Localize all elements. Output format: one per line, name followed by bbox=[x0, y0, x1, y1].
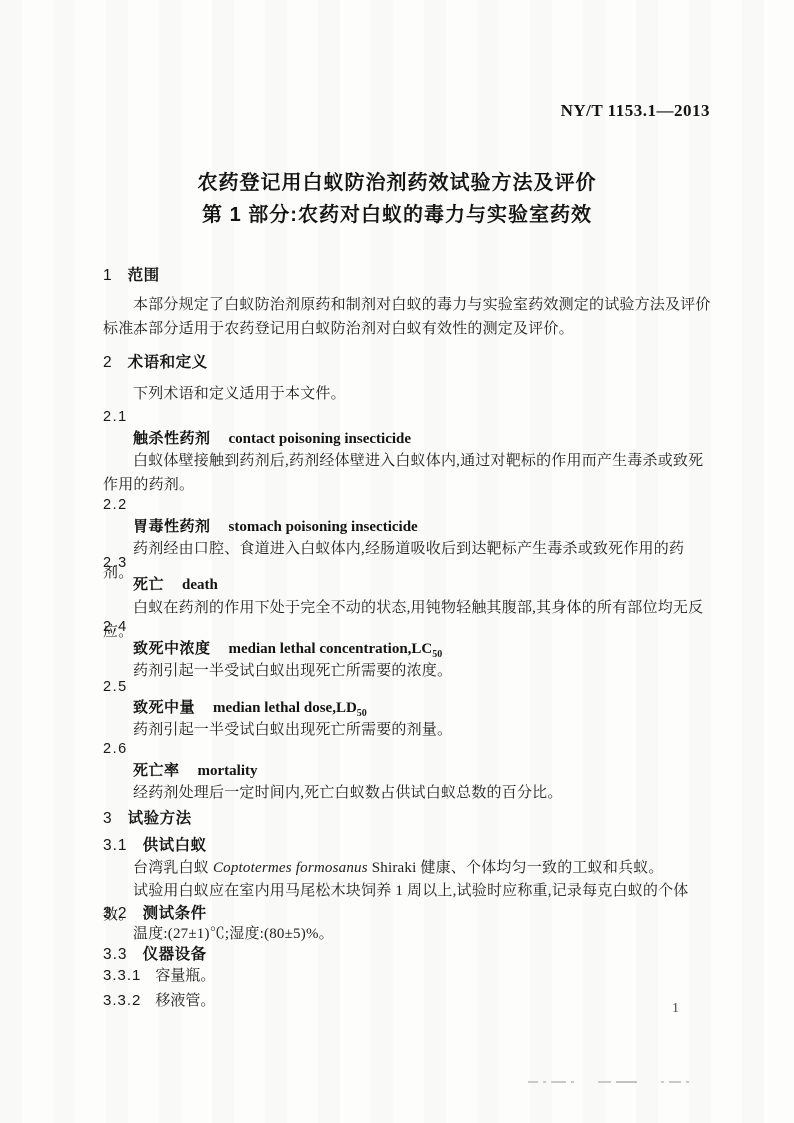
term-cn: 死亡 bbox=[133, 576, 164, 593]
paragraph: 下列术语和定义适用于本文件。 bbox=[103, 383, 712, 407]
clause-3-heading: 3试验方法 bbox=[103, 809, 712, 828]
term-cn: 致死中浓度 bbox=[133, 640, 211, 657]
clause-title: 试验方法 bbox=[128, 810, 192, 827]
subclause-3-2-heading: 3.2测试条件 bbox=[103, 904, 712, 923]
term-number: 2.3 bbox=[103, 554, 712, 572]
paragraph: 台湾乳白蚁 Coptotermes formosanus Shiraki 健康、… bbox=[103, 857, 712, 881]
clause-title: 测试条件 bbox=[143, 905, 207, 922]
document-title: 农药登记用白蚁防治剂药效试验方法及评价 第 1 部分:农药对白蚁的毒力与实验室药… bbox=[0, 167, 794, 231]
term-en: death bbox=[182, 577, 218, 593]
term-number: 2.2 bbox=[103, 496, 712, 514]
clause-number: 3.3 bbox=[103, 946, 128, 963]
clause-2-heading: 2术语和定义 bbox=[103, 353, 712, 372]
term-en: stomach poisoning insecticide bbox=[229, 519, 418, 535]
term-cn: 死亡率 bbox=[133, 762, 180, 779]
title-line-1: 农药登记用白蚁防治剂药效试验方法及评价 bbox=[0, 167, 794, 199]
item-number: 3.3.2 bbox=[103, 992, 141, 1009]
clause-title: 术语和定义 bbox=[128, 354, 208, 371]
clause-number: 2 bbox=[103, 354, 113, 371]
term-en: mortality bbox=[198, 763, 258, 779]
list-item: 3.3.2移液管。 bbox=[103, 991, 712, 1011]
item-number: 3.3.1 bbox=[103, 967, 141, 984]
item-text: 容量瓶。 bbox=[155, 968, 215, 984]
term-number: 2.1 bbox=[103, 408, 712, 426]
term-number: 2.6 bbox=[103, 740, 712, 758]
term-en-subscript: 50 bbox=[432, 649, 442, 660]
term-en: median lethal concentration,LC bbox=[229, 641, 433, 657]
list-item: 3.3.1容量瓶。 bbox=[103, 966, 712, 986]
species-latin-name: Coptotermes formosanus bbox=[213, 860, 368, 876]
term-en-subscript: 50 bbox=[357, 708, 367, 719]
term-en: median lethal dose,LD bbox=[213, 700, 357, 716]
term-number: 2.5 bbox=[103, 678, 712, 696]
clause-title: 仪器设备 bbox=[143, 946, 207, 963]
scan-artifact-dashes bbox=[528, 1081, 694, 1083]
clause-number: 3 bbox=[103, 810, 113, 827]
term-cn: 致死中量 bbox=[133, 699, 195, 716]
term-cn: 胃毒性药剂 bbox=[133, 518, 211, 535]
clause-title: 供试白蚁 bbox=[143, 837, 207, 854]
clause-number: 3.1 bbox=[103, 837, 128, 854]
term-definition: 药剂引起一半受试白蚁出现死亡所需要的剂量。 bbox=[103, 719, 712, 743]
species-paragraph-suffix: Shiraki 健康、个体均匀一致的工蚁和兵蚁。 bbox=[368, 860, 664, 876]
clause-title: 范围 bbox=[128, 267, 160, 284]
paragraph: 本部分适用于农药登记用白蚁防治剂对白蚁有效性的测定及评价。 bbox=[103, 318, 712, 342]
document-page: NY/T 1153.1—2013 农药登记用白蚁防治剂药效试验方法及评价 第 1… bbox=[0, 0, 794, 1123]
standard-code: NY/T 1153.1—2013 bbox=[561, 101, 710, 121]
term-number: 2.4 bbox=[103, 618, 712, 636]
title-line-2: 第 1 部分:农药对白蚁的毒力与实验室药效 bbox=[0, 199, 794, 231]
species-paragraph-prefix: 台湾乳白蚁 bbox=[133, 860, 213, 876]
clause-number: 3.2 bbox=[103, 905, 128, 922]
item-text: 移液管。 bbox=[155, 993, 215, 1009]
paragraph: 温度:(27±1)℃;湿度:(80±5)%。 bbox=[103, 923, 712, 947]
subclause-3-1-heading: 3.1供试白蚁 bbox=[103, 836, 712, 855]
term-cn: 触杀性药剂 bbox=[133, 430, 211, 447]
term-definition: 经药剂处理后一定时间内,死亡白蚁数占供试白蚁总数的百分比。 bbox=[103, 782, 712, 806]
clause-1-heading: 1范围 bbox=[103, 266, 712, 285]
clause-number: 1 bbox=[103, 267, 113, 284]
term-definition: 白蚁体壁接触到药剂后,药剂经体壁进入白蚁体内,通过对靶标的作用而产生毒杀或致死作… bbox=[103, 450, 712, 497]
term-en: contact poisoning insecticide bbox=[229, 431, 412, 447]
page-number: 1 bbox=[672, 1001, 679, 1017]
subclause-3-3-heading: 3.3仪器设备 bbox=[103, 945, 712, 964]
